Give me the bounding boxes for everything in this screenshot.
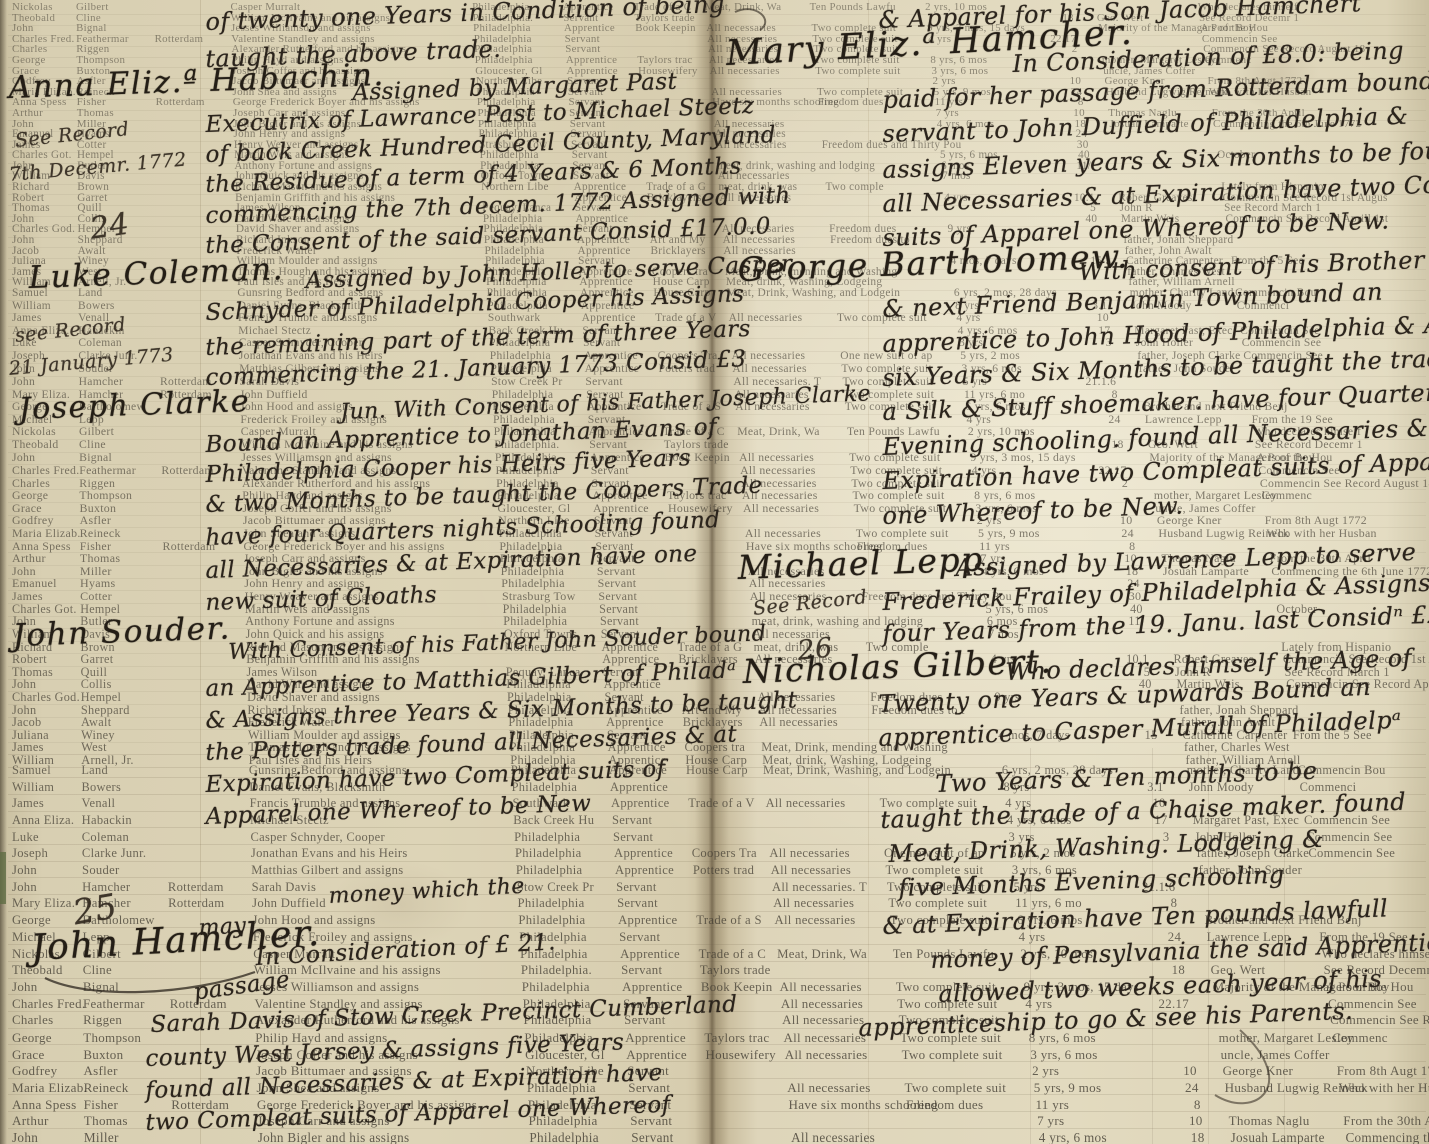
ledger-scan-page: NickolasGilbertCasper MurraltPhiladelphi… bbox=[0, 0, 1429, 1144]
entry-headline: John Souder. bbox=[12, 610, 231, 654]
margin-note: 24 bbox=[88, 207, 131, 247]
